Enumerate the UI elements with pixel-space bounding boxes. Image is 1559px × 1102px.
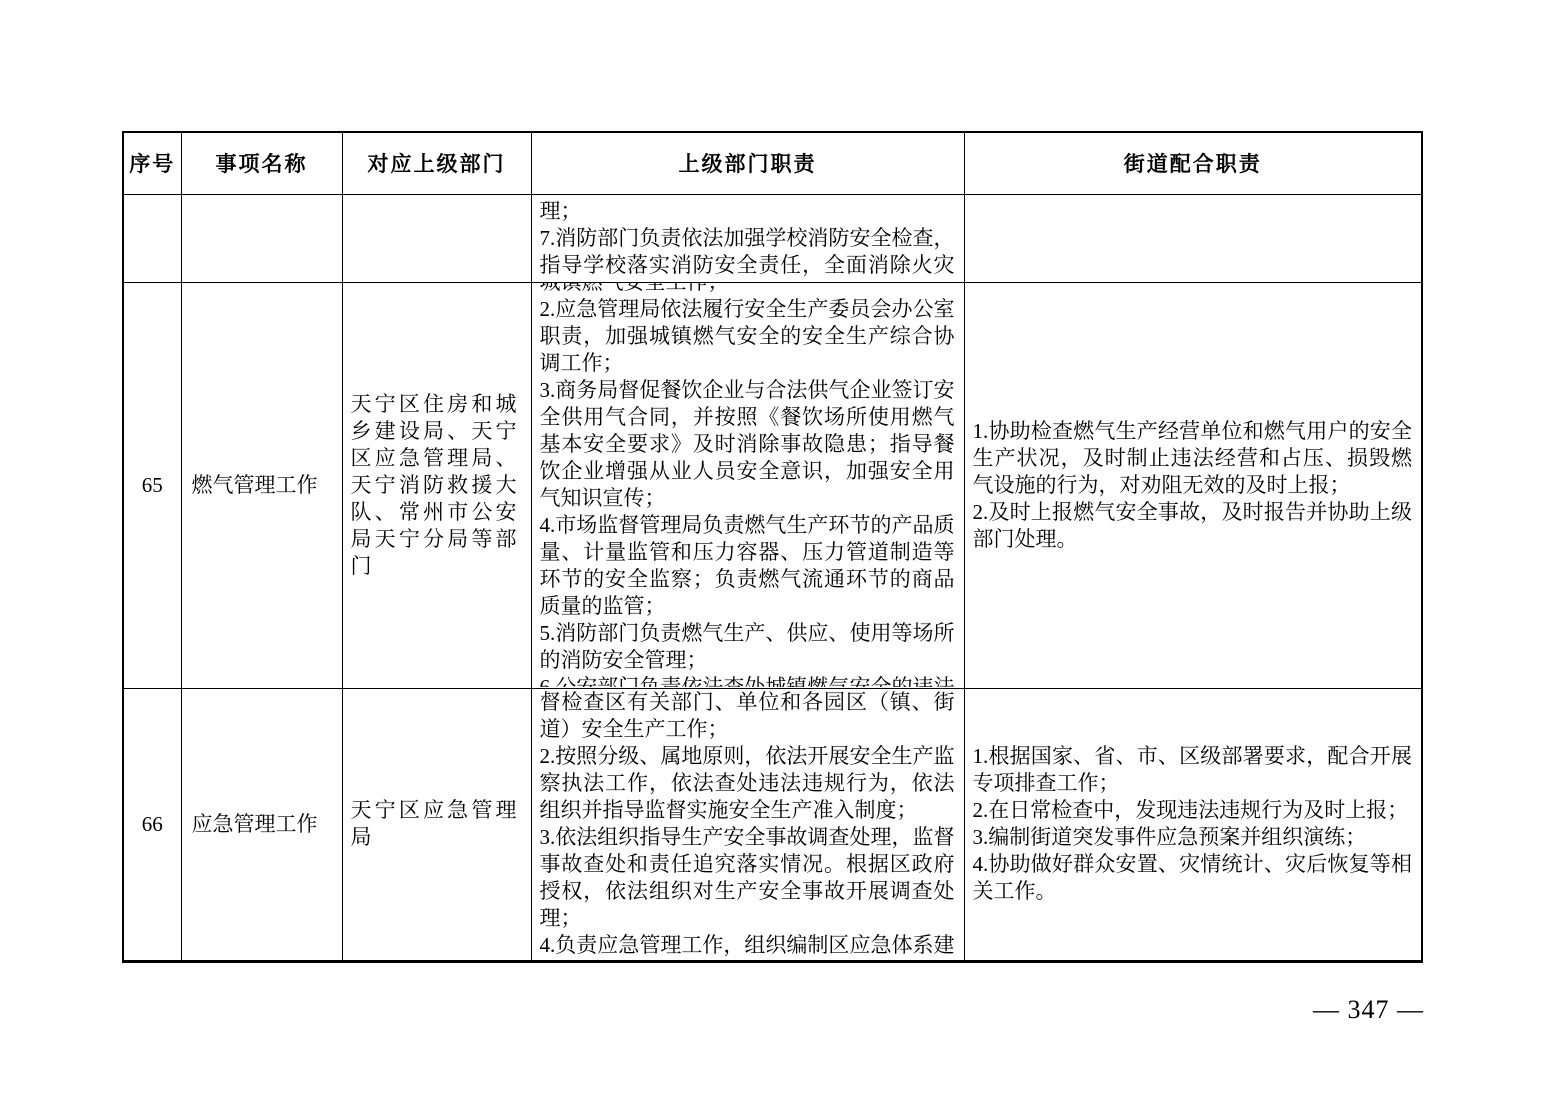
cell-name: 燃气管理工作 — [181, 282, 342, 688]
column-header-superior-duty: 上级部门职责 — [531, 132, 964, 194]
cell-no — [123, 194, 181, 282]
cell-street-duty: 1.协助检查燃气生产经营单位和燃气用户的安全生产状况，及时制止违法经营和占压、损… — [964, 282, 1422, 688]
responsibility-table: 序号 事项名称 对应上级部门 上级部门职责 街道配合职责 题的治理，参与一般校车… — [122, 131, 1423, 963]
cell-superior-duty: 题的治理，参与一般校车交通事故调查处理； 7.消防部门负责依法加强学校消防安全检… — [531, 194, 964, 282]
cell-superior-duty: 1.负责安全生产综合监督管理，指导协调、监督检查区有关部门、单位和各园区（镇、街… — [531, 688, 964, 961]
column-header-street-duty: 街道配合职责 — [964, 132, 1422, 194]
cell-no: 66 — [123, 688, 181, 961]
cell-dept: 天宁区应急管理局 — [342, 688, 531, 961]
table-row-continued: 题的治理，参与一般校车交通事故调查处理； 7.消防部门负责依法加强学校消防安全检… — [123, 194, 1422, 282]
column-header-name: 事项名称 — [181, 132, 342, 194]
cell-dept: 天宁区住房和城乡建设局、天宁区应急管理局、天宁消防救援大队、常州市公安局天宁分局… — [342, 282, 531, 688]
cell-no: 65 — [123, 282, 181, 688]
cell-name: 应急管理工作 — [181, 688, 342, 961]
cell-dept — [342, 194, 531, 282]
cell-street-duty: 1.根据国家、省、市、区级部署要求，配合开展专项排查工作； 2.在日常检查中，发… — [964, 688, 1422, 961]
column-header-dept: 对应上级部门 — [342, 132, 531, 194]
table-row-65: 65 燃气管理工作 天宁区住房和城乡建设局、天宁区应急管理局、天宁消防救援大队、… — [123, 282, 1422, 688]
cell-name — [181, 194, 342, 282]
page-number: — 347 — — [1313, 995, 1424, 1025]
cell-superior-duty: 1.住建局配合和协助市燃管办及相关部门做好城镇燃气安全工作； 2.应急管理局依法… — [531, 282, 964, 688]
column-header-no: 序号 — [123, 132, 181, 194]
table-header-row: 序号 事项名称 对应上级部门 上级部门职责 街道配合职责 — [123, 132, 1422, 194]
document-page: 序号 事项名称 对应上级部门 上级部门职责 街道配合职责 题的治理，参与一般校车… — [0, 0, 1559, 1102]
table-row-66: 66 应急管理工作 天宁区应急管理局 1.负责安全生产综合监督管理，指导协调、监… — [123, 688, 1422, 961]
cell-street-duty — [964, 194, 1422, 282]
